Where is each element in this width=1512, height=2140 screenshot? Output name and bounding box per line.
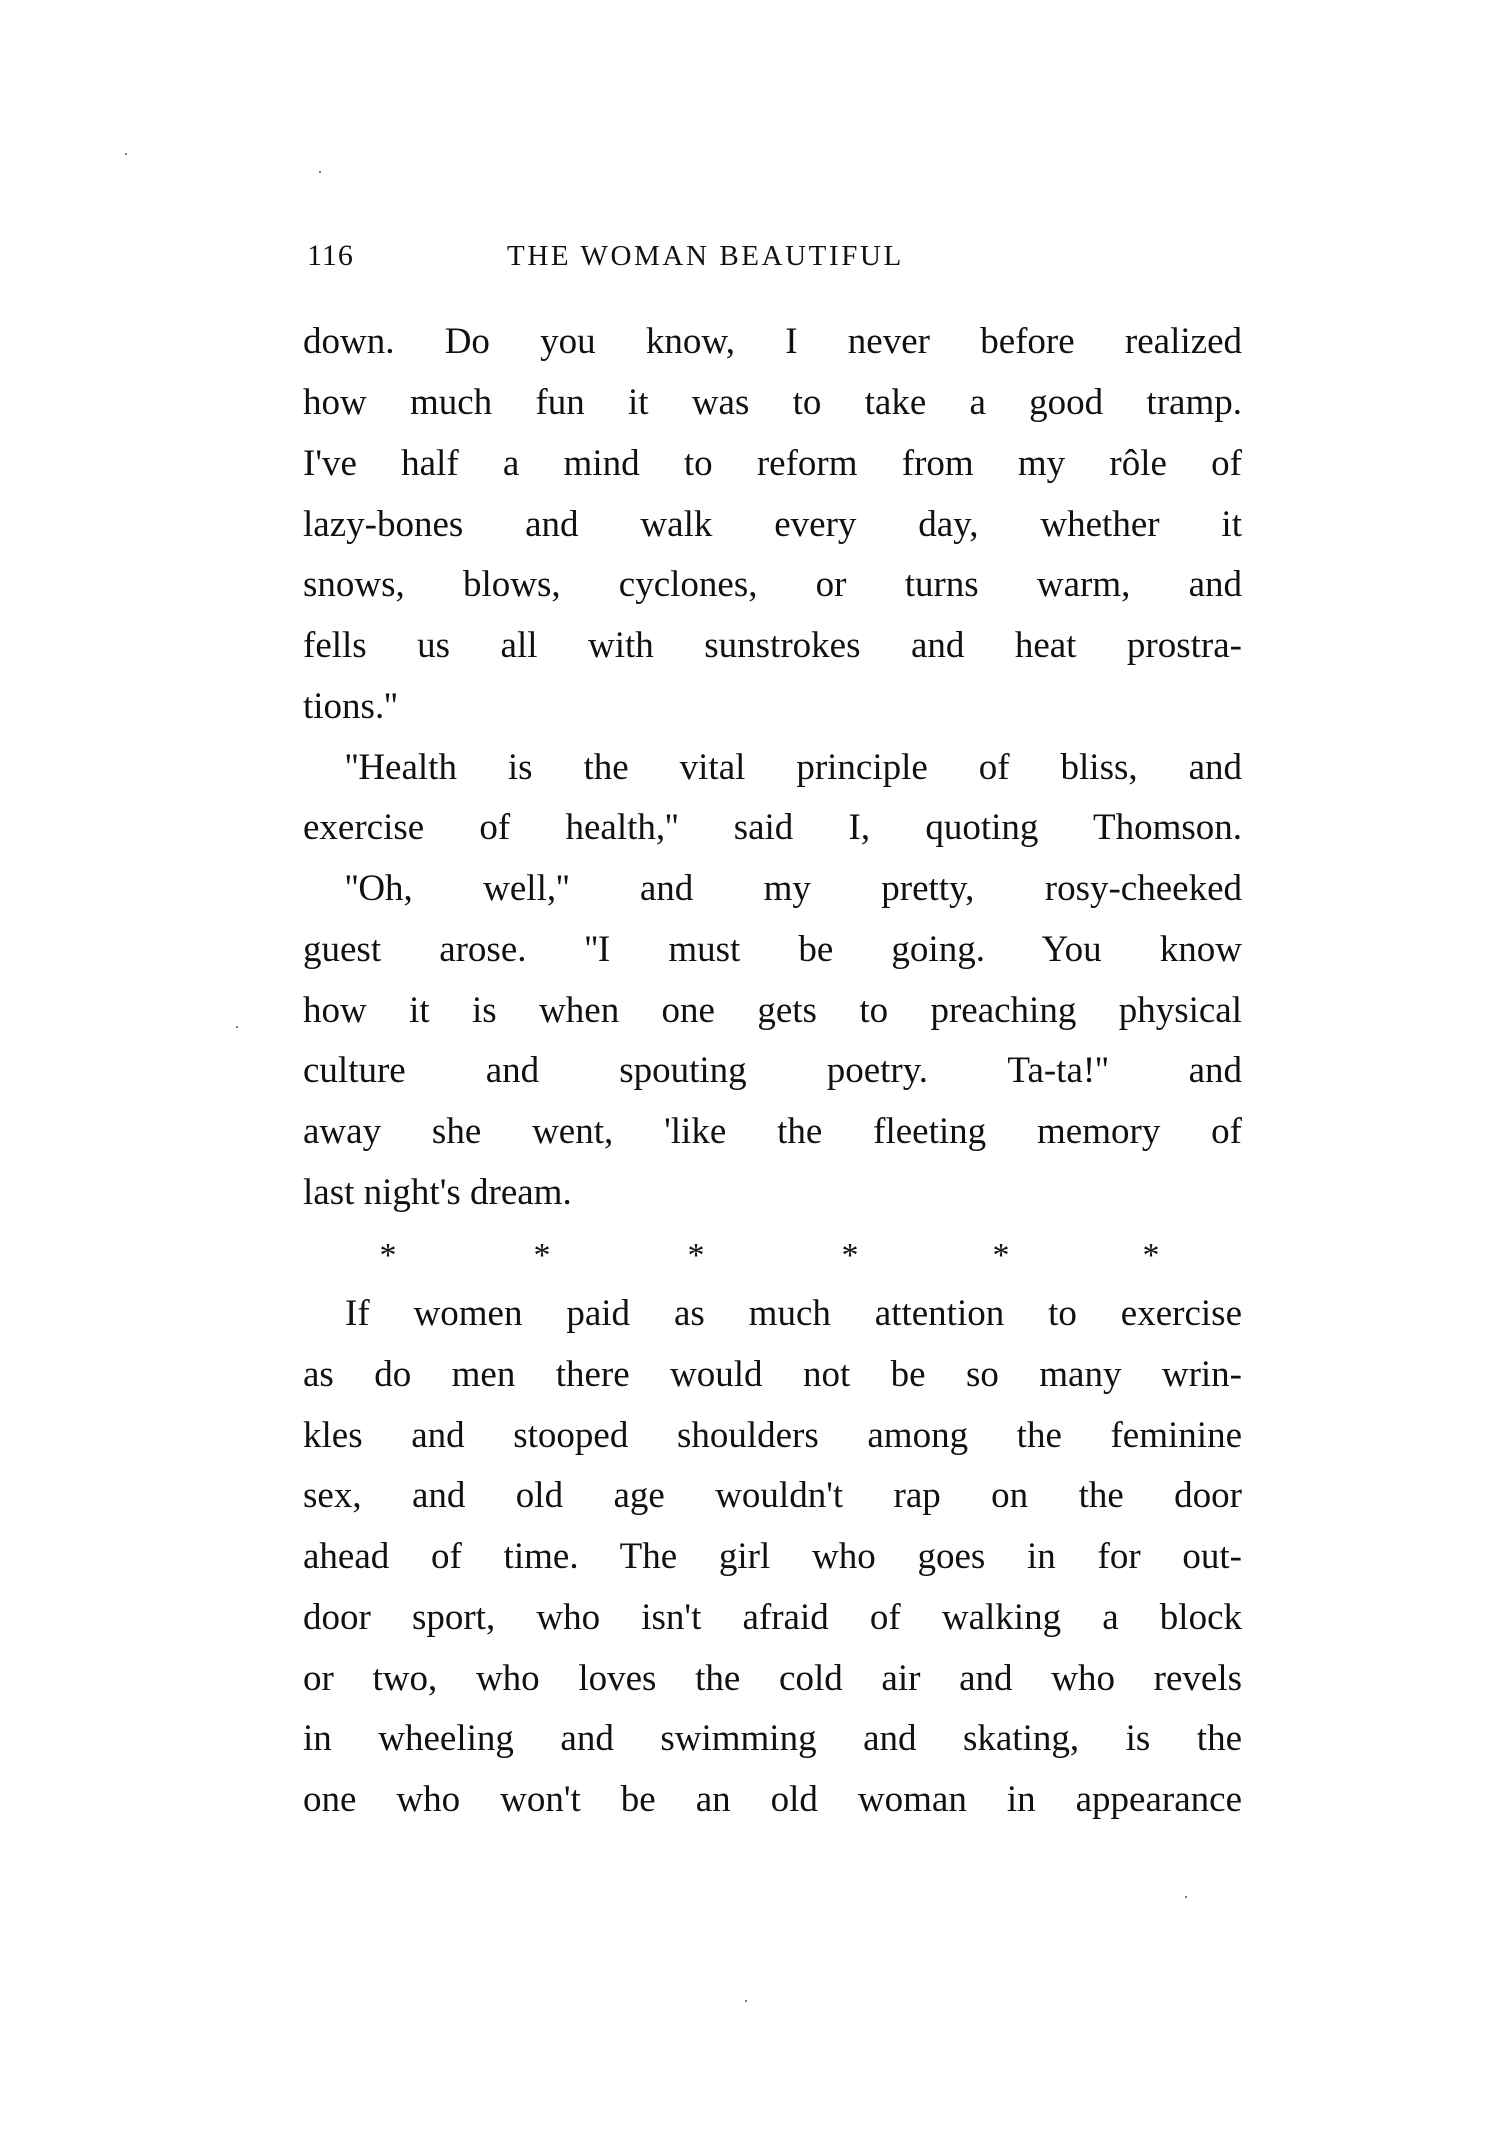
- scan-speck: [319, 171, 321, 173]
- text-line: sex, and old age wouldn't rap on the doo…: [303, 1466, 1242, 1526]
- text-line: tions.'': [303, 677, 1242, 737]
- text-line: culture and spouting poetry. Ta-ta!'' an…: [303, 1041, 1242, 1101]
- text-line: how it is when one gets to preaching phy…: [303, 981, 1242, 1041]
- text-line: lazy-bones and walk every day, whether i…: [303, 495, 1242, 555]
- asterisk: *: [681, 1226, 711, 1286]
- text-line: fells us all with sunstrokes and heat pr…: [303, 616, 1242, 676]
- text-line: If women paid as much attention to exerc…: [345, 1284, 1242, 1344]
- text-line: away she went, 'like the fleeting memory…: [303, 1102, 1242, 1162]
- text-line: or two, who loves the cold air and who r…: [303, 1649, 1242, 1709]
- text-line: down. Do you know, I never before realiz…: [303, 312, 1242, 372]
- text-line: last night's dream.: [303, 1163, 1242, 1223]
- text-line: ''Health is the vital principle of bliss…: [345, 738, 1242, 798]
- running-title: THE WOMAN BEAUTIFUL: [507, 236, 904, 276]
- scan-speck: [1185, 1896, 1187, 1898]
- text-line: guest arose. ''I must be going. You know: [303, 920, 1242, 980]
- text-line: snows, blows, cyclones, or turns warm, a…: [303, 555, 1242, 615]
- text-line: as do men there would not be so many wri…: [303, 1345, 1242, 1405]
- text-line: door sport, who isn't afraid of walking …: [303, 1588, 1242, 1648]
- asterisk: *: [1136, 1226, 1166, 1286]
- text-line: exercise of health,'' said I, quoting Th…: [303, 798, 1242, 858]
- page-number: 116: [307, 236, 354, 276]
- book-page: 116 THE WOMAN BEAUTIFUL down. Do you kno…: [0, 0, 1512, 2140]
- text-line: ahead of time. The girl who goes in for …: [303, 1527, 1242, 1587]
- text-line: kles and stooped shoulders among the fem…: [303, 1406, 1242, 1466]
- text-line: I've half a mind to reform from my rôle …: [303, 434, 1242, 494]
- scan-speck: [745, 2000, 747, 2002]
- asterisk: *: [373, 1226, 403, 1286]
- scan-speck: [125, 153, 127, 155]
- scan-speck: [236, 1026, 238, 1028]
- text-line: in wheeling and swimming and skating, is…: [303, 1709, 1242, 1769]
- text-line: ''Oh, well,'' and my pretty, rosy-cheeke…: [345, 859, 1242, 919]
- section-break: * * * * * *: [370, 1226, 1170, 1286]
- text-line: how much fun it was to take a good tramp…: [303, 373, 1242, 433]
- running-head: 116 THE WOMAN BEAUTIFUL: [303, 236, 1063, 276]
- text-line: one who won't be an old woman in appeara…: [303, 1770, 1242, 1830]
- asterisk: *: [527, 1226, 557, 1286]
- asterisk: *: [835, 1226, 865, 1286]
- asterisk: *: [986, 1226, 1016, 1286]
